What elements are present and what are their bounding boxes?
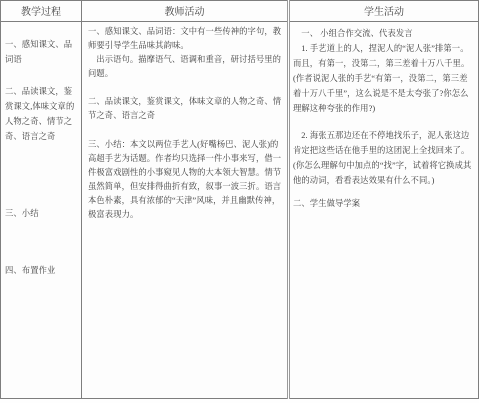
lesson-plan-document-page: 教学过程 教师活动 学生活动 一、感知课文、品词语 二、品读课文，鉴赏课文,体味… <box>0 0 479 403</box>
table-body-row: 一、感知课文、品词语 二、品读课文，鉴赏课文,体味文章的人物之奇、情节之奇、语言… <box>1 22 479 399</box>
cell-teacher-activity: 一、感知课文、品词语：文中有一些传神的字句，教师要引导学生品味其韵味。 出示语句… <box>82 22 289 399</box>
teacher-activity-step-2: 二、品读课文，鉴赏课文，体味文章的人物之奇、情节之奇、语言之奇 <box>88 95 282 123</box>
student-activity-heading-2: 二、学生做导学案 <box>293 196 473 211</box>
process-step-2: 二、品读课文，鉴赏课文,体味文章的人物之奇、情节之奇、语言之奇 <box>5 84 79 144</box>
teacher-activity-step-3-summary: 三、小结：本文以两位手艺人(好嘴杨巴、泥人张)的高超手艺为话题。作者均只选择一件… <box>88 138 282 222</box>
table-header-row: 教学过程 教师活动 学生活动 <box>1 1 479 22</box>
header-student-activity: 学生活动 <box>289 1 479 22</box>
teacher-activity-step-1-detail: 出示语句。描摩语气、语调和重音，研讨括号里的问题。 <box>88 53 282 81</box>
process-step-4: 四、布置作业 <box>5 263 79 278</box>
cell-student-activity: 一、 小组合作交流、代表发言 1. 手艺道上的人，捏泥人的“泥人张”排第一。而且… <box>289 22 479 399</box>
header-teacher-activity: 教师活动 <box>82 1 289 22</box>
student-activity-item-1: 1. 手艺道上的人，捏泥人的“泥人张”排第一。而且，有第一，没第二，第三差着十万… <box>293 41 473 116</box>
header-teaching-process: 教学过程 <box>1 1 82 22</box>
lesson-plan-table: 教学过程 教师活动 学生活动 一、感知课文、品词语 二、品读课文，鉴赏课文,体味… <box>0 0 479 399</box>
student-activity-heading-1: 一、 小组合作交流、代表发言 <box>293 26 473 41</box>
teacher-activity-step-1: 一、感知课文、品词语：文中有一些传神的字句，教师要引导学生品味其韵味。 <box>88 25 282 53</box>
student-activity-item-2: 2. 海张五那边还在不停地找乐子，泥人张这边肯定把这些话在他手里的这团泥上全找回… <box>293 128 473 188</box>
cell-teaching-process: 一、感知课文、品词语 二、品读课文，鉴赏课文,体味文章的人物之奇、情节之奇、语言… <box>1 22 82 399</box>
process-step-1: 一、感知课文、品词语 <box>5 37 79 67</box>
process-step-3: 三、小结 <box>5 206 79 221</box>
